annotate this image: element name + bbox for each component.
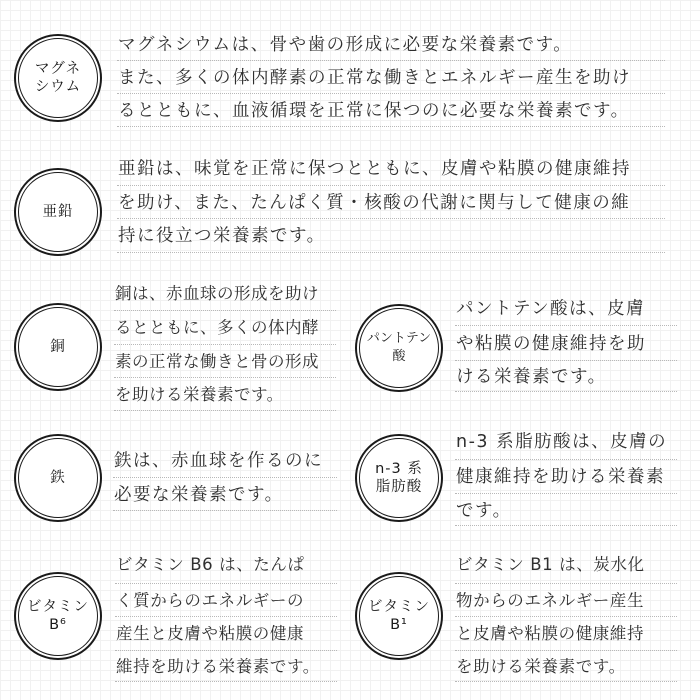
- vitamin-b6-description: ビタミン B6 は、たんぱ く質からのエネルギーの 産生と皮膚や粘膜の健康 維持…: [115, 548, 337, 682]
- description-line: るとともに、多くの体内酵: [114, 311, 336, 345]
- n3-fatty-acid-badge: n-3 系 脂肪酸: [355, 434, 443, 522]
- vitamin-b1-badge: ビタミン B¹: [355, 572, 443, 660]
- description-line: です。: [455, 494, 677, 526]
- description-line: るとともに、血液循環を正常に保つのに必要な栄養素です。: [117, 94, 665, 127]
- description-line: ける栄養素です。: [455, 361, 677, 392]
- copper-description: 銅は、赤血球の形成を助け るとともに、多くの体内酵 素の正常な働きと骨の形成 を…: [114, 278, 336, 411]
- description-line: ビタミン B6 は、たんぱ: [115, 548, 337, 584]
- description-line: 亜鉛は、味覚を正常に保つとともに、皮膚や粘膜の健康維持: [117, 153, 665, 186]
- magnesium-badge: マグネ シウム: [14, 34, 102, 122]
- badge-label: マグネ シウム: [35, 60, 81, 96]
- description-line: く質からのエネルギーの: [115, 584, 337, 617]
- badge-label: 鉄: [50, 469, 66, 487]
- description-line: パントテン酸は、皮膚: [455, 292, 677, 326]
- description-line: 産生と皮膚や粘膜の健康: [115, 617, 337, 651]
- iron-description: 鉄は、赤血球を作るのに 必要な栄養素です。: [113, 444, 337, 511]
- copper-badge: 銅: [14, 303, 102, 391]
- pantothenic-acid-badge: パントテン 酸: [355, 304, 443, 392]
- description-line: 鉄は、赤血球を作るのに: [113, 444, 337, 478]
- iron-badge: 鉄: [14, 434, 102, 522]
- badge-label: 亜鉛: [43, 203, 74, 221]
- description-line: や粘膜の健康維持を助: [455, 326, 677, 361]
- description-line: 物からのエネルギー産生: [455, 584, 677, 617]
- description-line: を助け、また、たんぱく質・核酸の代謝に関与して健康の維: [117, 186, 665, 219]
- description-line: また、多くの体内酵素の正常な働きとエネルギー産生を助け: [117, 61, 665, 94]
- description-line: 維持を助ける栄養素です。: [115, 651, 337, 682]
- badge-label: ビタミン B⁶: [27, 598, 89, 634]
- description-line: 銅は、赤血球の形成を助け: [114, 278, 336, 311]
- description-line: を助ける栄養素です。: [455, 651, 677, 682]
- n3-fatty-acid-description: n-3 系脂肪酸は、皮膚の 健康維持を助ける栄養素 です。: [455, 425, 677, 526]
- description-line: 健康維持を助ける栄養素: [455, 460, 677, 494]
- vitamin-b1-description: ビタミン B1 は、炭水化 物からのエネルギー産生 と皮膚や粘膜の健康維持 を助…: [455, 548, 677, 682]
- description-line: マグネシウムは、骨や歯の形成に必要な栄養素です。: [117, 30, 665, 61]
- vitamin-b6-badge: ビタミン B⁶: [14, 572, 102, 660]
- description-line: ビタミン B1 は、炭水化: [455, 548, 677, 584]
- description-line: 持に役立つ栄養素です。: [117, 219, 665, 253]
- description-line: 素の正常な働きと骨の形成: [114, 345, 336, 378]
- pantothenic-acid-description: パントテン酸は、皮膚 や粘膜の健康維持を助 ける栄養素です。: [455, 292, 677, 392]
- zinc-badge: 亜鉛: [14, 168, 102, 256]
- badge-label: パントテン 酸: [367, 330, 431, 366]
- description-line: 必要な栄養素です。: [113, 478, 337, 511]
- description-line: と皮膚や粘膜の健康維持: [455, 617, 677, 651]
- magnesium-description: マグネシウムは、骨や歯の形成に必要な栄養素です。 また、多くの体内酵素の正常な働…: [117, 30, 665, 127]
- description-line: を助ける栄養素です。: [114, 378, 336, 411]
- description-line: n-3 系脂肪酸は、皮膚の: [455, 425, 677, 460]
- badge-label: n-3 系 脂肪酸: [375, 460, 423, 496]
- badge-label: ビタミン B¹: [368, 598, 430, 634]
- zinc-description: 亜鉛は、味覚を正常に保つとともに、皮膚や粘膜の健康維持 を助け、また、たんぱく質…: [117, 153, 665, 253]
- badge-label: 銅: [50, 338, 66, 356]
